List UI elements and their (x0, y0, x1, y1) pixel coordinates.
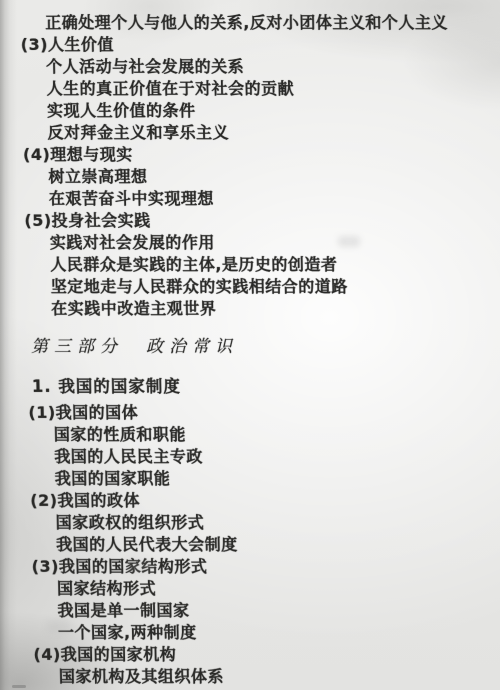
outline-subitem: 我国的国家职能 (10, 468, 500, 490)
outline-subitem: 国家机构及其组织体系 (14, 666, 500, 688)
outline-subitem: 坚定地走与人民群众的实践相结合的道路 (6, 276, 496, 298)
outline-subitem: 一个国家,两种制度 (13, 622, 500, 644)
outline-item: (3)我国的国家结构形式 (11, 556, 500, 578)
outline-subitem: 正确处理个人与他人的关系,反对小团体主义和个人主义 (0, 12, 490, 34)
outline-item: (4)我国的国家机构 (13, 644, 500, 666)
outline-item: (1)我国的国体 (8, 402, 498, 424)
outline-subitem: 在艰苦奋斗中实现理想 (4, 188, 494, 210)
outline-subitem: 反对拜金主义和享乐主义 (2, 122, 492, 144)
chapter-heading: 1. 我国的国家制度 (8, 376, 498, 398)
outline-subitem: 实践对社会发展的作用 (5, 232, 495, 254)
outline-subitem: 人生的真正价值在于对社会的贡献 (1, 78, 491, 100)
outline-subitem: 实现人生价值的条件 (2, 100, 492, 122)
outline-subitem: 我国是单一制国家 (12, 600, 500, 622)
outline-subitem: 个人活动与社会发展的关系 (1, 56, 491, 78)
outline-subitem: 树立崇高理想 (3, 166, 493, 188)
outline-subitem: 在实践中改造主观世界 (6, 298, 496, 320)
outline-subitem: 国家的性质和职能 (9, 424, 499, 446)
outline-item: (2)我国的政体 (10, 490, 500, 512)
outline-subitem: 人民群众是实践的主体,是历史的创造者 (5, 254, 495, 276)
outline-item: (3)人生价值 (0, 34, 490, 56)
part-heading: 第三部分 政治常识 (7, 334, 498, 360)
outline-subitem: 国家结构形式 (12, 578, 500, 600)
outline-item: (5)投身社会实践 (4, 210, 494, 232)
outline-subitem: 我国的人民民主专政 (9, 446, 499, 468)
scanned-page: 正确处理个人与他人的关系,反对小团体主义和个人主义(3)人生价值个人活动与社会发… (0, 0, 500, 690)
toc-outline: 正确处理个人与他人的关系,反对小团体主义和个人主义(3)人生价值个人活动与社会发… (0, 12, 500, 688)
outline-subitem: 国家政权的组织形式 (10, 512, 500, 534)
outline-subitem: 我国的人民代表大会制度 (11, 534, 500, 556)
outline-item: (4)理想与现实 (3, 144, 493, 166)
